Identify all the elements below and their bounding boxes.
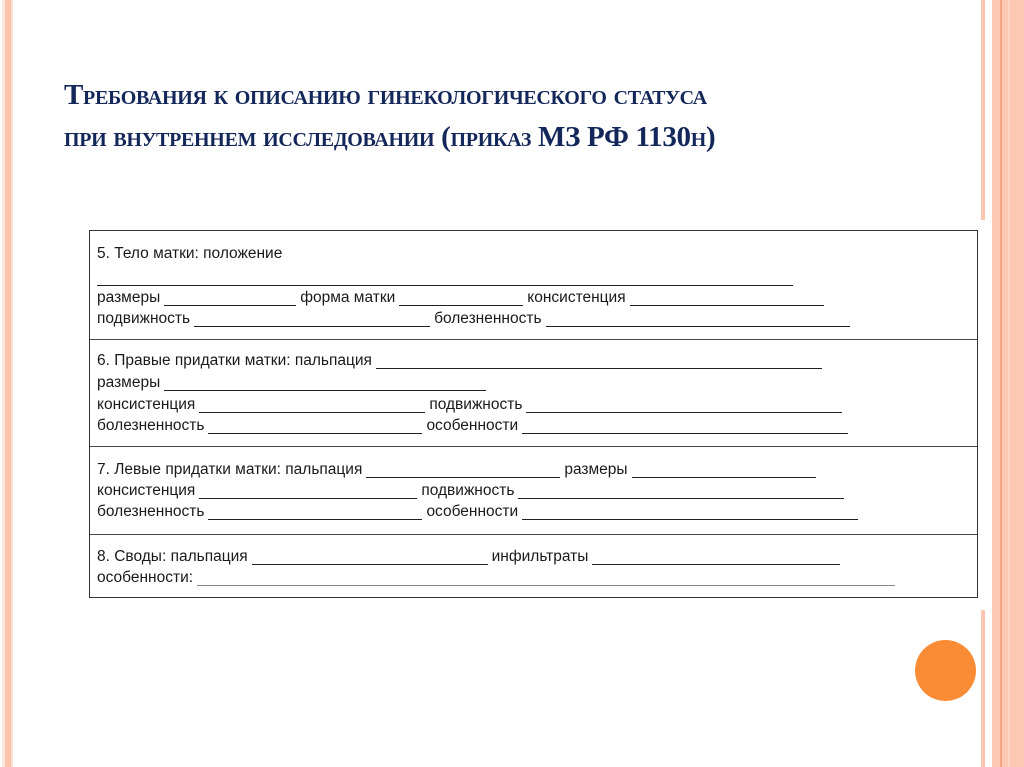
section-heading: 5. Тело матки: положение	[97, 245, 282, 263]
field-label: размеры	[97, 289, 160, 307]
field-label: особенности:	[97, 569, 193, 587]
title-line-2: при внутреннем исследовании (приказ МЗ Р…	[64, 116, 964, 158]
field-label: особенности	[426, 417, 518, 435]
palpation-field[interactable]	[376, 354, 822, 369]
consistency-field[interactable]	[199, 484, 417, 499]
decorative-circle-icon	[915, 640, 976, 701]
section-heading: 7. Левые придатки матки: пальпация	[97, 461, 362, 479]
form-section-uterus-body: 5. Тело матки: положение размерыформа ма…	[90, 231, 977, 340]
form-section-fornices: 8. Своды: пальпацияинфильтраты особеннос…	[90, 535, 977, 598]
features-field[interactable]	[197, 571, 895, 586]
exam-form-table: 5. Тело матки: положение размерыформа ма…	[89, 230, 978, 598]
slide: Требования к описанию гинекологического …	[0, 0, 1024, 767]
form-section-left-adnexa: 7. Левые придатки матки: пальпацияразмер…	[90, 447, 977, 535]
field-label: консистенция	[97, 482, 195, 500]
decorative-stripe	[981, 0, 985, 220]
slide-title: Требования к описанию гинекологического …	[64, 74, 964, 158]
field-label: форма матки	[300, 289, 395, 307]
title-text: при внутреннем исследовании (приказ	[64, 121, 538, 153]
field-label: консистенция	[97, 396, 195, 414]
palpation-field[interactable]	[366, 463, 560, 478]
field-label: размеры	[564, 461, 627, 479]
tenderness-field[interactable]	[546, 312, 850, 327]
mobility-field[interactable]	[194, 312, 430, 327]
title-line-1: Требования к описанию гинекологического …	[64, 74, 964, 116]
size-field[interactable]	[164, 291, 296, 306]
decorative-stripe	[1008, 0, 1010, 767]
consistency-field[interactable]	[630, 291, 824, 306]
consistency-field[interactable]	[199, 398, 425, 413]
section-heading: 8. Своды: пальпация	[97, 548, 248, 566]
field-label: подвижность	[97, 310, 190, 328]
tenderness-field[interactable]	[208, 419, 422, 434]
shape-field[interactable]	[399, 291, 523, 306]
features-field[interactable]	[522, 419, 848, 434]
field-label: болезненность	[97, 417, 204, 435]
decorative-stripe	[1000, 0, 1002, 767]
field-label: консистенция	[527, 289, 625, 307]
title-text: н)	[691, 121, 716, 153]
title-order-ref: МЗ РФ 1130	[538, 121, 691, 153]
infiltrates-field[interactable]	[592, 550, 840, 565]
palpation-field[interactable]	[252, 550, 488, 565]
field-label: подвижность	[429, 396, 522, 414]
decorative-stripe	[11, 0, 13, 767]
mobility-field[interactable]	[526, 398, 842, 413]
tenderness-field[interactable]	[208, 505, 422, 520]
title-initial: Т	[64, 79, 83, 111]
mobility-field[interactable]	[518, 484, 844, 499]
size-field[interactable]	[632, 463, 816, 478]
field-label: инфильтраты	[492, 548, 589, 566]
size-field[interactable]	[164, 376, 486, 391]
field-label: болезненность	[97, 503, 204, 521]
title-text: ребования к описанию гинекологического с…	[83, 79, 707, 111]
field-label: размеры	[97, 374, 160, 392]
field-label: подвижность	[421, 482, 514, 500]
field-label: особенности	[426, 503, 518, 521]
section-heading: 6. Правые придатки матки: пальпация	[97, 352, 372, 370]
decorative-stripe	[981, 610, 985, 767]
features-field[interactable]	[522, 505, 858, 520]
position-field[interactable]	[97, 271, 793, 286]
field-label: болезненность	[434, 310, 541, 328]
form-section-right-adnexa: 6. Правые придатки матки: пальпация разм…	[90, 340, 977, 447]
